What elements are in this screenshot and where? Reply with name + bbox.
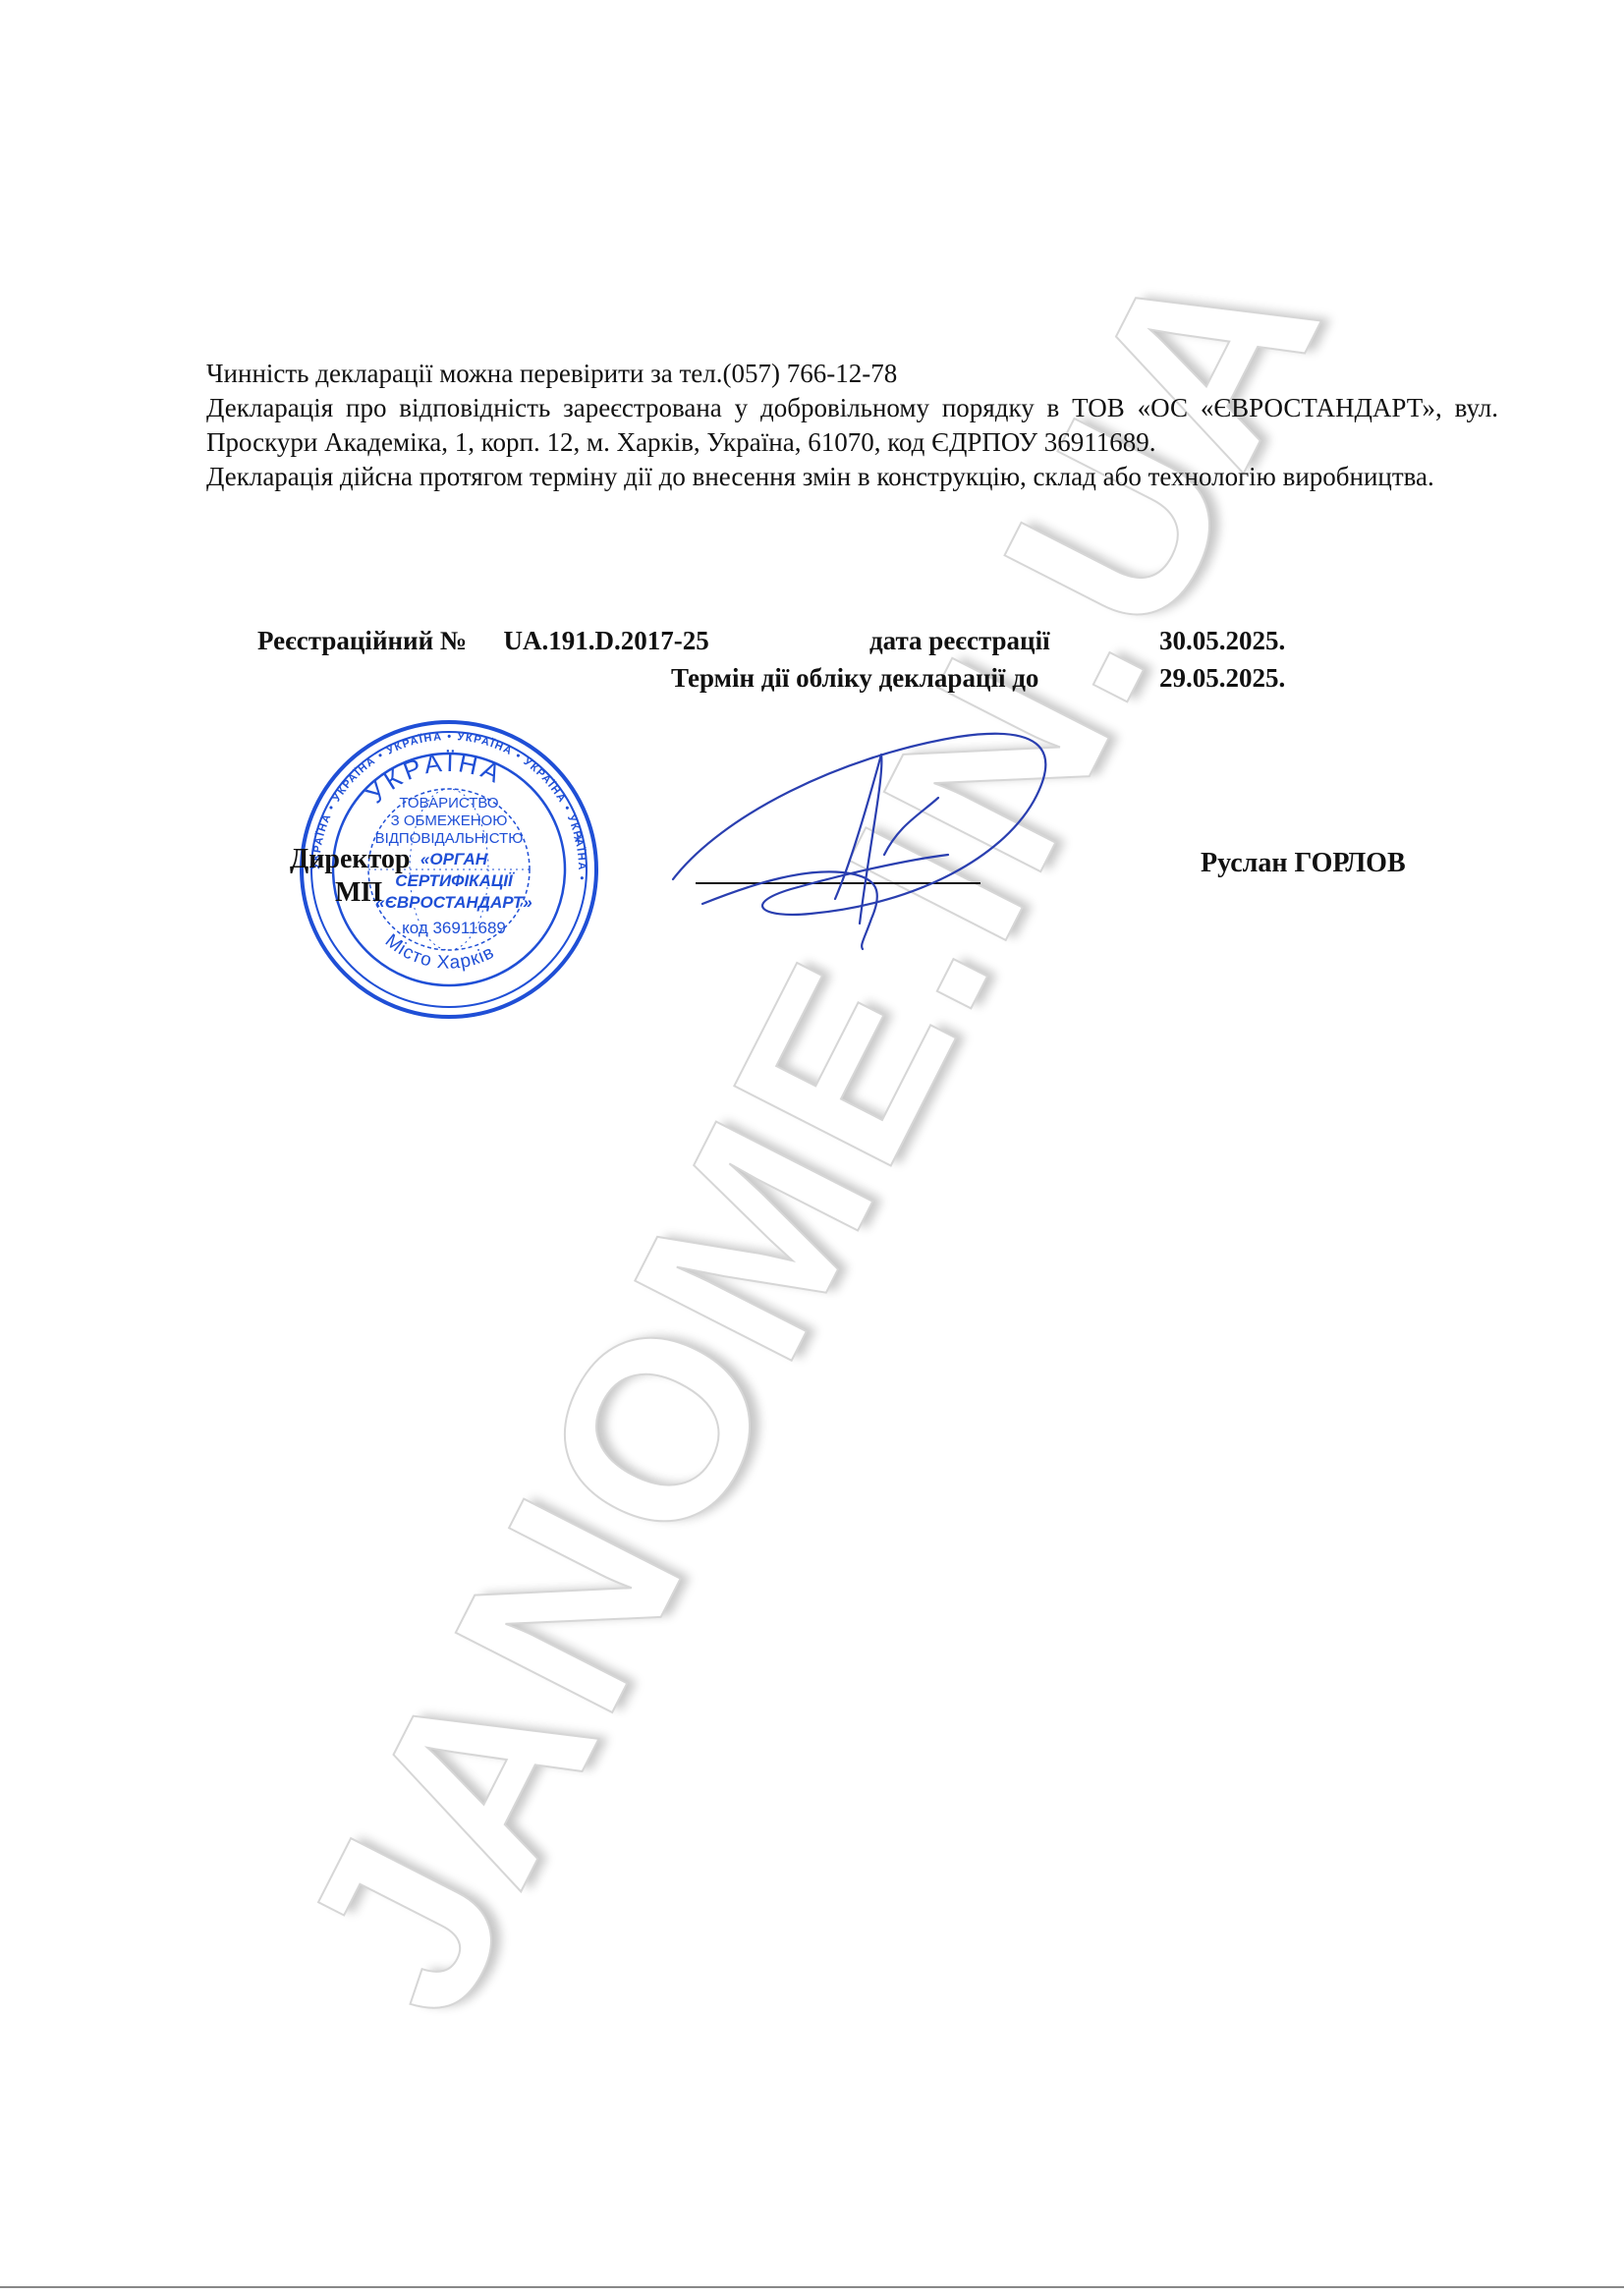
handwritten-signature <box>663 717 1086 953</box>
document-page: JANOME.IN.UA Чинність декларації можна п… <box>0 0 1624 2295</box>
term-value: 29.05.2025. <box>1159 663 1285 694</box>
registration-number-row: Реєстраційний № UA.191.D.2017-25 <box>257 626 709 656</box>
registration-date-label: дата реєстрації <box>869 626 1050 656</box>
svg-text:код 36911689: код 36911689 <box>402 919 506 937</box>
svg-text:*: * <box>574 830 583 855</box>
svg-text:ТОВАРИСТВО: ТОВАРИСТВО <box>399 795 498 812</box>
registration-info-paragraph: Декларація про відповідність зареєстрова… <box>206 391 1498 460</box>
registration-date-value: 30.05.2025. <box>1159 626 1285 656</box>
validity-info: Чинність декларації можна перевірити за … <box>206 357 1498 494</box>
signer-name: Руслан ГОРЛОВ <box>1201 848 1406 879</box>
validity-term-paragraph: Декларація дійсна протягом терміну дії д… <box>206 460 1498 494</box>
seal-place-label: МП <box>290 876 411 910</box>
registration-number-label: Реєстраційний № <box>257 626 467 655</box>
phone-check-line: Чинність декларації можна перевірити за … <box>206 357 1498 391</box>
svg-text:«ОРГАН: «ОРГАН <box>420 850 488 868</box>
director-label: Директор <box>290 844 411 874</box>
director-block: Директор МП <box>290 843 411 910</box>
term-label: Термін дії обліку декларації до <box>671 663 1038 694</box>
svg-text:З ОБМЕЖЕНОЮ: З ОБМЕЖЕНОЮ <box>391 812 508 829</box>
registration-number-value: UA.191.D.2017-25 <box>504 626 709 655</box>
svg-text:СЕРТИФІКАЦІЇ: СЕРТИФІКАЦІЇ <box>395 871 515 890</box>
